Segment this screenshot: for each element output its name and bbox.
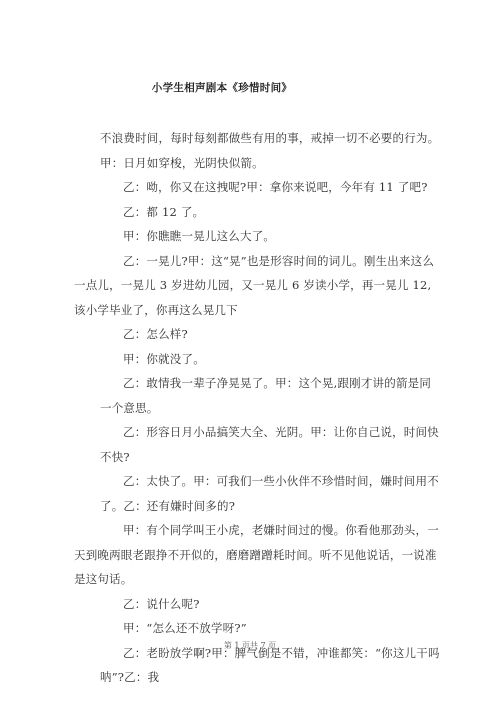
- paragraph: 甲：有个同学叫王小虎，老嫌时间过的慢。你看他那劲头，一天到晚两眼老跟挣不开似的，…: [74, 518, 440, 592]
- document-title-text: 小学生相声剧本《珍惜时间》: [152, 82, 292, 94]
- paragraph: 乙：怎么样?: [100, 322, 440, 347]
- document-body: 不浪费时间，每时每刻都做些有用的事，戒掉一切不必要的行为。甲：日月如穿梭，光阴快…: [100, 126, 440, 690]
- paragraph: 乙：说什么呢?: [100, 592, 440, 617]
- paragraph: 乙：呦，你又在这拽呢?甲：拿你来说吧，今年有 11 了吧?: [100, 175, 440, 200]
- paragraph: 不浪费时间，每时每刻都做些有用的事，戒掉一切不必要的行为。甲：日月如穿梭，光阴快…: [100, 126, 440, 175]
- paragraph: 乙：一晃儿?甲：这“晃”也是形容时间的词儿。刚生出来这么一点儿，一晃儿 3 岁进…: [74, 249, 440, 323]
- page-footer: 第 1 页共 7 页: [0, 640, 500, 651]
- paragraph: 乙：敢情我一辈子净晃晃了。甲：这个晃,跟刚才讲的箭是同一个意思。: [100, 371, 440, 420]
- paragraph: 乙：都 12 了。: [100, 200, 440, 225]
- document-title: 小学生相声剧本《珍惜时间》: [0, 80, 500, 95]
- paragraph: 甲：“怎么还不放学呀?”: [100, 616, 440, 641]
- paragraph: 乙：形容日月小品搞笑大全、光阴。甲：让你自己说，时间快不快?: [100, 420, 440, 469]
- paragraph: 甲：你瞧瞧一晃儿这么大了。: [100, 224, 440, 249]
- paragraph: 甲：你就没了。: [100, 347, 440, 372]
- paragraph: 乙：太快了。甲：可我们一些小伙伴不珍惜时间，嫌时间用不了。乙：还有嫌时间多的?: [100, 469, 440, 518]
